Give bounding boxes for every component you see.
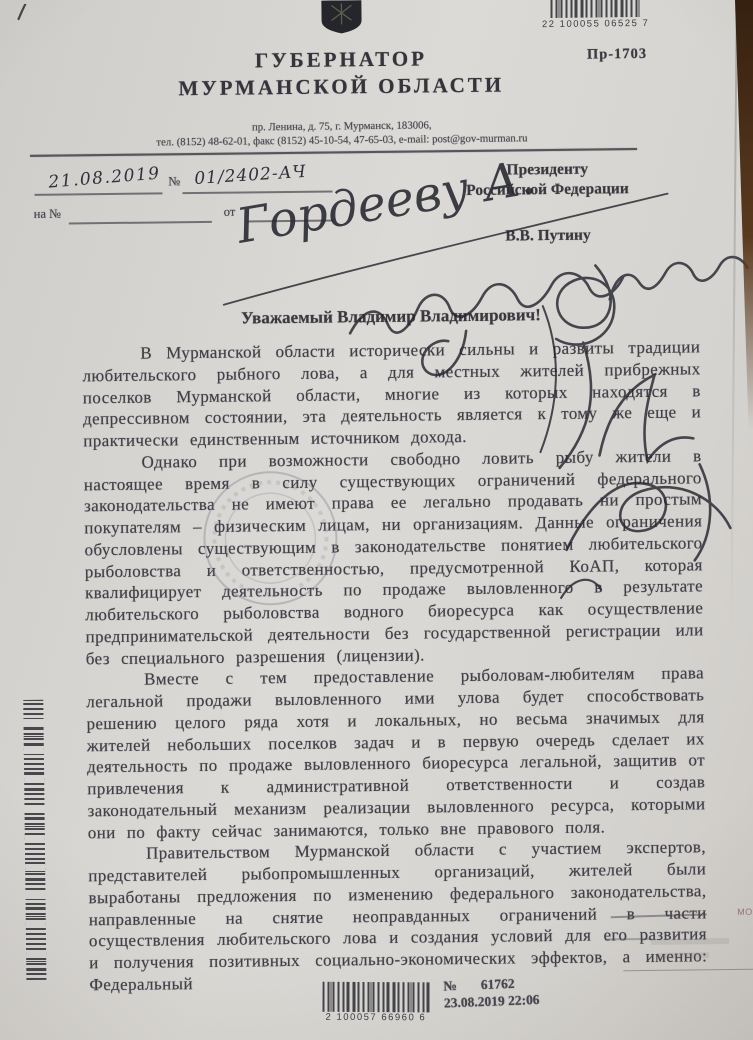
handwriting-stroke — [609, 257, 747, 299]
paragraph-1: В Мурманской области исторически сильны … — [82, 336, 701, 452]
registration-stamp: №61762 23.08.2019 22:06 — [443, 974, 540, 1012]
left-side-barcode — [23, 700, 46, 980]
paper-sheet: ГУБЕРНАТОР МУРМАНСКОЙ ОБЛАСТИ пр. Ленина… — [0, 0, 753, 1040]
paragraph-2: Однако при возможности свободно ловить р… — [83, 445, 703, 669]
reg-stamp-number: 61762 — [481, 976, 515, 992]
top-barcode — [550, 0, 640, 18]
letter-body: В Мурманской области исторически сильны … — [82, 336, 707, 995]
routing-stamp-region: МО — [737, 907, 753, 917]
reg-stamp-datetime: 23.08.2019 22:06 — [444, 991, 540, 1012]
bottom-barcode-number: 2 100057 66960 6 — [309, 1012, 443, 1024]
handwritten-date: 21.08.2019 — [48, 164, 162, 193]
bottom-barcode — [323, 982, 430, 1013]
paragraph-3: Вместе с тем предоставление рыболовам-лю… — [86, 663, 706, 844]
routing-stamp: МО — [623, 898, 753, 972]
reg-stamp-number-sign: № — [443, 978, 457, 993]
stamp-smudge — [651, 938, 729, 945]
murmansk-coat-of-arms-icon — [321, 0, 361, 33]
number-sign: № — [168, 174, 180, 189]
letterhead-contacts: пр. Ленина, д. 75, г. Мурманск, 183006, … — [116, 117, 568, 150]
addressee-name: В.В. Путину — [427, 226, 669, 247]
stamp-smudge — [657, 952, 709, 959]
handwriting-stroke — [18, 4, 25, 19]
handwritten-outgoing-number: 01/2402-АЧ — [194, 162, 307, 189]
top-barcode-number: 22 100055 06525 7 — [536, 18, 656, 30]
reply-to-label: на № — [34, 207, 61, 222]
reply-number-underline — [69, 221, 212, 224]
salutation: Уважаемый Владимир Владимирович! — [82, 303, 700, 330]
document-code: Пр-1703 — [587, 46, 647, 64]
letterhead-org-name: ГУБЕРНАТОР МУРМАНСКОЙ ОБЛАСТИ — [141, 44, 542, 103]
date-underline — [35, 192, 163, 195]
scanned-letter-photo: ГУБЕРНАТОР МУРМАНСКОЙ ОБЛАСТИ пр. Ленина… — [0, 0, 753, 1040]
org-name-line2: МУРМАНСКОЙ ОБЛАСТИ — [141, 71, 541, 103]
